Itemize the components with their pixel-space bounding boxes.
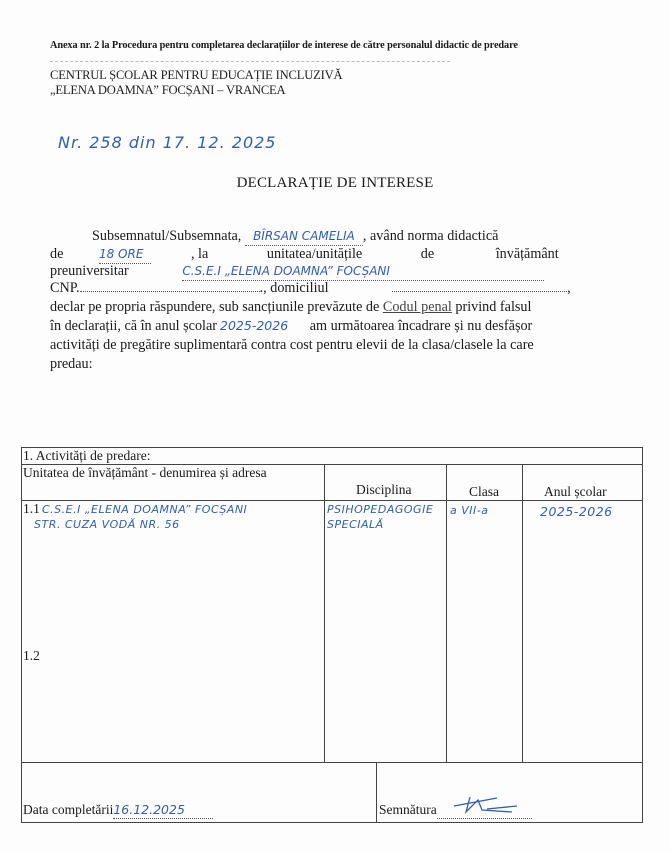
row-year: 2025-2026 [540, 504, 613, 519]
institution-name: CENTRUL ȘCOLAR PENTRU EDUCAȚIE INCLUZIVĂ [50, 68, 342, 83]
section-title: 1. Activități de predare: [23, 448, 150, 464]
row-discipline-line2: SPECIALĂ [327, 518, 384, 531]
signature-scribble-icon [452, 794, 522, 816]
preuniversitar-label: preuniversitar [50, 263, 129, 279]
cnp-field[interactable] [80, 291, 260, 292]
completion-date: Data completării16.12.2025 [23, 802, 213, 819]
declaration-line-8: predau: [50, 356, 93, 373]
col-divider [446, 464, 447, 762]
unit-value: C.S.E.I „ELENA DOAMNA” FOCȘANI [182, 264, 390, 278]
col-divider [522, 464, 523, 762]
declaration-line-4: CNP.., domiciliul , [50, 280, 571, 297]
declaration-line-3: preuniversitar C.S.E.I „ELENA DOAMNA” FO… [50, 263, 544, 281]
unitatea-label: unitatea/unitățile [267, 246, 362, 262]
de2-label: de [421, 246, 434, 262]
cnp-label: CNP. [50, 280, 80, 296]
avand-label: , având norma didactică [363, 228, 499, 244]
codul-penal-link: Codul penal [383, 299, 452, 315]
signature: Semnătura [379, 802, 532, 819]
header-discipline: Disciplina [356, 482, 412, 498]
declaration-line-2: de 18 ORE, la unitatea/unitățile de învă… [50, 246, 559, 264]
table-divider [22, 762, 642, 763]
row-index: 1.2 [23, 648, 40, 664]
de-label: de [50, 246, 63, 262]
row-unit-line2: STR. CUZA VODĂ NR. 56 [34, 518, 180, 531]
penal-text-end: privind falsul [455, 299, 531, 315]
annex-header: Anexa nr. 2 la Procedura pentru completa… [50, 40, 518, 51]
header-class: Clasa [469, 484, 499, 500]
row-unit-line1: C.S.E.I „ELENA DOAMNA” FOCȘANI [42, 503, 247, 516]
domiciliul-label: ., domiciliul [260, 280, 329, 296]
name-field[interactable]: BÎRSAN CAMELIA [245, 228, 363, 246]
declaration-line-1: Subsemnatul/Subsemnata, BÎRSAN CAMELIA, … [92, 228, 498, 246]
document-title: DECLARAȚIE DE INTERESE [0, 175, 670, 192]
incadrare-text: am următoarea încadrare și nu desfășor [310, 318, 533, 334]
norma-field[interactable]: 18 ORE [99, 246, 151, 264]
activities-table: 1. Activități de predare: Unitatea de în… [21, 447, 643, 823]
col-divider [376, 762, 377, 822]
row-discipline-line1: PSIHOPEDAGOGIE [327, 503, 433, 516]
school-year-value: 2025-2026 [220, 318, 288, 333]
header-year: Anul școlar [544, 484, 607, 500]
penal-text: declar pe propria răspundere, sub sancți… [50, 299, 379, 315]
date-label: Data completării [23, 802, 113, 817]
norma-value: 18 ORE [99, 247, 143, 261]
institution-location: „ELENA DOAMNA” FOCȘANI – VRANCEA [50, 83, 285, 98]
declaration-line-5: declar pe propria răspundere, sub sancți… [50, 299, 531, 316]
divider [50, 61, 450, 62]
signature-field[interactable] [437, 802, 532, 819]
subsemnatul-label: Subsemnatul/Subsemnata, [92, 228, 241, 244]
row-index: 1.1 [23, 501, 40, 517]
school-year-label: în declarații, că în anul școlar [50, 318, 217, 334]
unit-field[interactable]: C.S.E.I „ELENA DOAMNA” FOCȘANI [182, 263, 544, 281]
declaration-line-7: activități de pregătire suplimentară con… [50, 337, 534, 354]
date-field[interactable]: 16.12.2025 [113, 802, 213, 819]
registration-number: Nr. 258 din 17. 12. 2025 [58, 133, 276, 152]
la-label: , la [191, 246, 208, 262]
col-divider [324, 464, 325, 762]
signature-label: Semnătura [379, 802, 437, 817]
invatamant-label: învățământ [496, 246, 559, 262]
date-value: 16.12.2025 [113, 802, 185, 817]
domiciliu-field[interactable] [392, 291, 567, 292]
name-value: BÎRSAN CAMELIA [253, 229, 355, 243]
declaration-line-6: în declarații, că în anul școlar2025-202… [50, 318, 532, 335]
header-unit: Unitatea de învățământ - denumirea și ad… [23, 465, 293, 480]
table-divider [22, 500, 642, 501]
row-class: a VII-a [450, 504, 488, 517]
